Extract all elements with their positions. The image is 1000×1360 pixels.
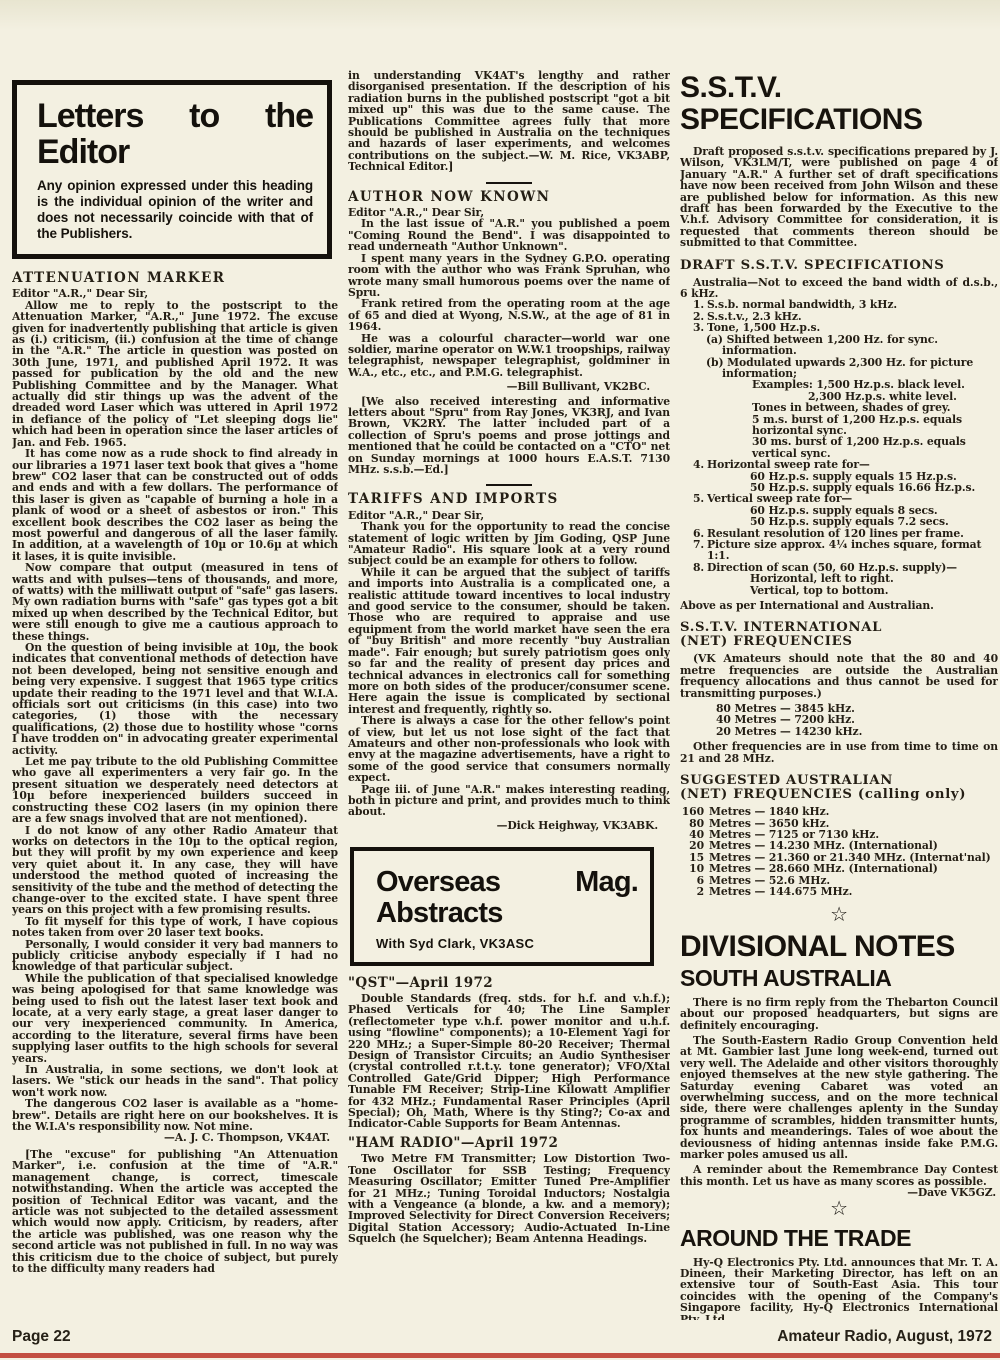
qst-abstract: Double Standards (freq. stds. for h.f. a… xyxy=(348,993,670,1130)
tariffs-and-imports-heading: TARIFFS AND IMPORTS xyxy=(348,494,670,505)
draft-example-black: Examples: 1,500 Hz.p.s. black level. xyxy=(680,379,998,390)
intl-frequencies-heading: S.S.T.V. INTERNATIONAL (NET) FREQUENCIES xyxy=(680,621,998,649)
tariffs-paragraph: Page iii. of June "A.R." makes interesti… xyxy=(348,784,670,818)
page-footer: Page 22 Amateur Radio, August, 1972 xyxy=(12,1328,992,1346)
divisional-notes-title: DIVISIONAL NOTES xyxy=(680,931,998,963)
editor-note-continuation: in understanding VK4AT's lengthy and rat… xyxy=(348,70,670,173)
attenuation-signature: —A. J. C. Thompson, VK4AT. xyxy=(12,1132,338,1143)
tariffs-paragraph: While it can be argued that the subject … xyxy=(348,567,670,715)
section-divider-rule xyxy=(486,182,532,184)
south-australia-paragraph: There is no firm reply from the Thebarto… xyxy=(680,997,998,1031)
suggested-frequency-row: 10Metres — 28.660 MHz. (International) xyxy=(680,863,998,874)
suggested-frequency-row: 20Metres — 14.230 MHz. (International) xyxy=(680,840,998,851)
author-paragraph: He was a colourful character—world war o… xyxy=(348,333,670,379)
attenuation-paragraph: Personally, I would consider it very bad… xyxy=(12,939,338,973)
column-3: S.S.T.V. SPECIFICATIONS Draft proposed s… xyxy=(680,70,998,1320)
page-number: Page 22 xyxy=(12,1328,71,1346)
intl-frequencies-note: (VK Amateurs should note that the 80 and… xyxy=(680,653,998,699)
author-editor-note: [We also received interesting and inform… xyxy=(348,396,670,476)
ham-radio-heading: "HAM RADIO"—April 1972 xyxy=(348,1138,670,1149)
draft-item-3a: (a) Shifted between 1,200 Hz. for sync. … xyxy=(680,334,998,357)
draft-item-3b: (b) Modulated upwards 2,300 Hz. for pict… xyxy=(680,357,998,380)
author-signature: —Bill Bullivant, VK2BC. xyxy=(348,381,670,392)
draft-scan-horizontal: Horizontal, left to right. xyxy=(680,573,998,584)
attenuation-paragraph: Now compare that output (measured in ten… xyxy=(12,562,338,642)
draft-lead: Australia—Not to exceed the band width o… xyxy=(680,277,998,300)
attenuation-paragraph: To fit myself for this type of work, I h… xyxy=(12,916,338,939)
magazine-page-columns: Letters to the Editor Any opinion expres… xyxy=(12,0,998,1320)
attenuation-paragraph: In Australia, in some sections, we don't… xyxy=(12,1064,338,1098)
draft-sstv-heading: DRAFT S.S.T.V. SPECIFICATIONS xyxy=(680,259,998,273)
overseas-box-title: Overseas Mag. Abstracts xyxy=(376,867,638,929)
draft-item-3: 3.Tone, 1,500 Hz.p.s. xyxy=(680,322,998,333)
author-paragraph: Frank retired from the operating room at… xyxy=(348,298,670,332)
draft-above-note: Above as per International and Australia… xyxy=(680,600,998,611)
suggested-frequency-list: 160Metres — 1840 kHz. 80Metres — 3650 kH… xyxy=(680,806,998,897)
attenuation-paragraph: While the publication of that specialise… xyxy=(12,973,338,1064)
attenuation-paragraph: Let me pay tribute to the old Publishing… xyxy=(12,756,338,824)
author-paragraph: I spent many years in the Sydney G.P.O. … xyxy=(348,253,670,299)
intl-other-frequencies: Other frequencies are in use from time t… xyxy=(680,741,998,764)
author-now-known-heading: AUTHOR NOW KNOWN xyxy=(348,192,670,203)
suggested-frequency-row: 160Metres — 1840 kHz. xyxy=(680,806,998,817)
draft-tones-line: Tones in between, shades of grey. xyxy=(680,402,998,413)
ham-radio-abstract: Two Metre FM Transmitter; Low Distortion… xyxy=(348,1153,670,1244)
suggested-frequencies-heading: SUGGESTED AUSTRALIAN (NET) FREQUENCIES (… xyxy=(680,774,998,802)
page-bottom-red-edge xyxy=(0,1353,1000,1358)
attenuation-paragraph: It has come now as a rude shock to find … xyxy=(12,448,338,562)
attenuation-paragraph: On the question of being invisible at 10… xyxy=(12,642,338,756)
sstv-intro: Draft proposed s.s.t.v. specifications p… xyxy=(680,146,998,249)
south-australia-heading: SOUTH AUSTRALIA xyxy=(680,965,998,991)
draft-item-7: 7.Picture size approx. 4¼ inches square,… xyxy=(680,539,998,562)
section-divider-rule xyxy=(486,484,532,486)
intl-frequency-row: 20 Metres — 14230 kHz. xyxy=(680,726,998,737)
draft-scan-vertical: Vertical, top to bottom. xyxy=(680,585,998,596)
south-australia-signature: —Dave VK5GZ. xyxy=(894,1187,998,1198)
column-2: in understanding VK4AT's lengthy and rat… xyxy=(348,70,670,1320)
attenuation-paragraph: Allow me to reply to the postscript to t… xyxy=(12,300,338,448)
intl-frequency-list: 80 Metres — 3845 kHz. 40 Metres — 7200 k… xyxy=(680,703,998,737)
tariffs-paragraph: There is always a case for the other fel… xyxy=(348,715,670,783)
tariffs-paragraph: Thank you for the opportunity to read th… xyxy=(348,521,670,567)
letters-box-note: Any opinion expressed under this heading… xyxy=(37,178,313,242)
letters-to-the-editor-box: Letters to the Editor Any opinion expres… xyxy=(12,80,332,259)
attenuation-marker-heading: ATTENUATION MARKER xyxy=(12,273,338,284)
suggested-frequency-row: 2Metres — 144.675 MHz. xyxy=(680,886,998,897)
draft-item-4: 4.Horizontal sweep rate for— xyxy=(680,459,998,470)
around-the-trade-paragraph: Hy-Q Electronics Pty. Ltd. announces tha… xyxy=(680,1257,998,1320)
attenuation-paragraph: The dangerous CO2 laser is available as … xyxy=(12,1098,338,1132)
qst-heading: "QST"—April 1972 xyxy=(348,978,670,989)
draft-burst-vertical: 30 ms. burst of 1,200 Hz.p.s. equals ver… xyxy=(680,436,998,459)
star-icon: ☆ xyxy=(680,1203,998,1214)
attenuation-paragraph: I do not know of any other Radio Amateur… xyxy=(12,825,338,916)
overseas-mag-abstracts-box: Overseas Mag. Abstracts With Syd Clark, … xyxy=(350,847,654,965)
letters-box-title: Letters to the Editor xyxy=(37,98,313,170)
draft-vsweep-50: 50 Hz.p.s. supply equals 7.2 secs. xyxy=(680,516,998,527)
issue-title: Amateur Radio, August, 1972 xyxy=(777,1328,992,1346)
star-icon: ☆ xyxy=(680,909,998,920)
author-paragraph: In the last issue of "A.R." you publishe… xyxy=(348,218,670,252)
attenuation-editor-note: [The "excuse" for publishing "An Attenua… xyxy=(12,1149,338,1274)
draft-burst-horizontal: 5 m.s. burst of 1,200 Hz.p.s. equals hor… xyxy=(680,414,998,437)
column-1: Letters to the Editor Any opinion expres… xyxy=(12,70,338,1320)
around-the-trade-heading: AROUND THE TRADE xyxy=(680,1225,998,1251)
south-australia-paragraph: A reminder about the Remembrance Day Con… xyxy=(680,1164,998,1187)
overseas-box-byline: With Syd Clark, VK3ASC xyxy=(376,938,638,949)
sstv-specifications-title: S.S.T.V. SPECIFICATIONS xyxy=(680,72,998,136)
south-australia-paragraph: The South-Eastern Radio Group Convention… xyxy=(680,1035,998,1160)
tariffs-signature: —Dick Heighway, VK3ABK. xyxy=(348,820,670,831)
